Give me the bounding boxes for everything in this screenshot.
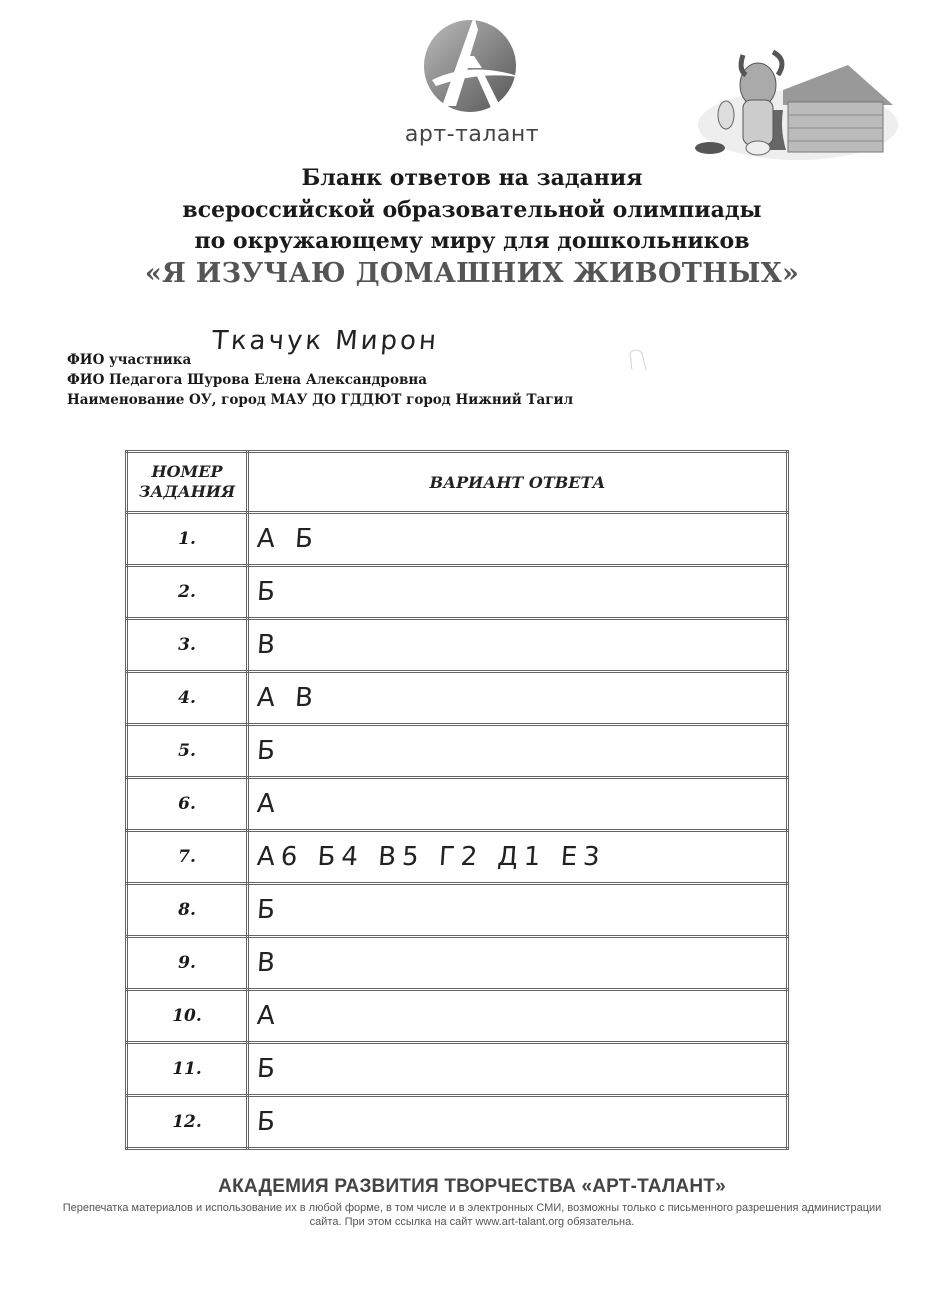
task-number: 5. xyxy=(127,725,248,778)
answer-cell[interactable]: А xyxy=(248,990,788,1043)
handwritten-answer: Б xyxy=(256,1107,282,1137)
table-row: 10.А xyxy=(127,990,788,1043)
handwritten-answer: В xyxy=(256,630,282,660)
table-row: 12.Б xyxy=(127,1096,788,1149)
task-number: 9. xyxy=(127,937,248,990)
table-row: 3.В xyxy=(127,619,788,672)
answer-cell[interactable]: Б xyxy=(248,725,788,778)
handwritten-answer: А xyxy=(256,789,282,819)
table-row: 6.А xyxy=(127,778,788,831)
table-row: 7.А6 Б4 В5 Г2 Д1 Е3 xyxy=(127,831,788,884)
task-number: 4. xyxy=(127,672,248,725)
handwritten-answer: А Б xyxy=(256,524,320,554)
stray-pencil-mark-icon xyxy=(624,345,654,375)
answer-cell[interactable]: Б xyxy=(248,884,788,937)
answer-cell[interactable]: Б xyxy=(248,1043,788,1096)
table-row: 4.А В xyxy=(127,672,788,725)
task-number: 1. xyxy=(127,513,248,566)
table-row: 2.Б xyxy=(127,566,788,619)
form-subtitle-2: по окружающему миру для дошкольников xyxy=(0,228,944,254)
teacher-line: ФИО Педагога Шурова Елена Александровна xyxy=(67,372,427,388)
task-number: 2. xyxy=(127,566,248,619)
column-header-answer: ВАРИАНТ ОТВЕТА xyxy=(248,452,788,513)
answer-cell[interactable]: А Б xyxy=(248,513,788,566)
footer-academy-title: АКАДЕМИЯ РАЗВИТИЯ ТВОРЧЕСТВА «АРТ-ТАЛАНТ… xyxy=(0,1176,944,1198)
table-row: 9.В xyxy=(127,937,788,990)
answer-cell[interactable]: Б xyxy=(248,1096,788,1149)
task-number: 7. xyxy=(127,831,248,884)
table-row: 11.Б xyxy=(127,1043,788,1096)
handwritten-answer: Б xyxy=(256,736,282,766)
task-number: 11. xyxy=(127,1043,248,1096)
dog-kennel-illustration-icon xyxy=(688,30,908,160)
answer-cell[interactable]: В xyxy=(248,619,788,672)
handwritten-answer: А xyxy=(256,1001,282,1031)
answer-cell[interactable]: А xyxy=(248,778,788,831)
handwritten-answer: Б xyxy=(256,895,282,925)
task-number: 10. xyxy=(127,990,248,1043)
answer-cell[interactable]: А6 Б4 В5 Г2 Д1 Е3 xyxy=(248,831,788,884)
task-number: 3. xyxy=(127,619,248,672)
footer-copyright-note: Перепечатка материалов и использование и… xyxy=(60,1201,884,1229)
participant-label: ФИО участника xyxy=(67,352,191,368)
task-number: 12. xyxy=(127,1096,248,1149)
handwritten-answer: А6 Б4 В5 Г2 Д1 Е3 xyxy=(256,842,607,872)
handwritten-answer: В xyxy=(256,948,282,978)
olympiad-name: «Я ИЗУЧАЮ ДОМАШНИХ ЖИВОТНЫХ» xyxy=(0,258,944,289)
answer-table: НОМЕР ЗАДАНИЯ ВАРИАНТ ОТВЕТА 1.А Б2.Б3.В… xyxy=(125,450,789,1150)
table-row: 8.Б xyxy=(127,884,788,937)
table-row: 1.А Б xyxy=(127,513,788,566)
answer-cell[interactable]: А В xyxy=(248,672,788,725)
form-title: Бланк ответов на задания xyxy=(0,165,944,191)
handwritten-answer: А В xyxy=(256,683,320,713)
institution-line: Наименование ОУ, город МАУ ДО ГДДЮТ горо… xyxy=(67,392,573,408)
answer-cell[interactable]: В xyxy=(248,937,788,990)
column-header-task-number: НОМЕР ЗАДАНИЯ xyxy=(127,452,248,513)
art-talant-logo-icon xyxy=(412,8,532,118)
answer-cell[interactable]: Б xyxy=(248,566,788,619)
task-number: 8. xyxy=(127,884,248,937)
participant-name-handwritten: Ткачук Мирон xyxy=(211,326,440,356)
table-row: 5.Б xyxy=(127,725,788,778)
handwritten-answer: Б xyxy=(256,577,282,607)
logo-text: арт-талант xyxy=(380,122,564,147)
table-header-row: НОМЕР ЗАДАНИЯ ВАРИАНТ ОТВЕТА xyxy=(127,452,788,513)
handwritten-answer: Б xyxy=(256,1054,282,1084)
task-number: 6. xyxy=(127,778,248,831)
form-subtitle-1: всероссийской образовательной олимпиады xyxy=(0,197,944,223)
